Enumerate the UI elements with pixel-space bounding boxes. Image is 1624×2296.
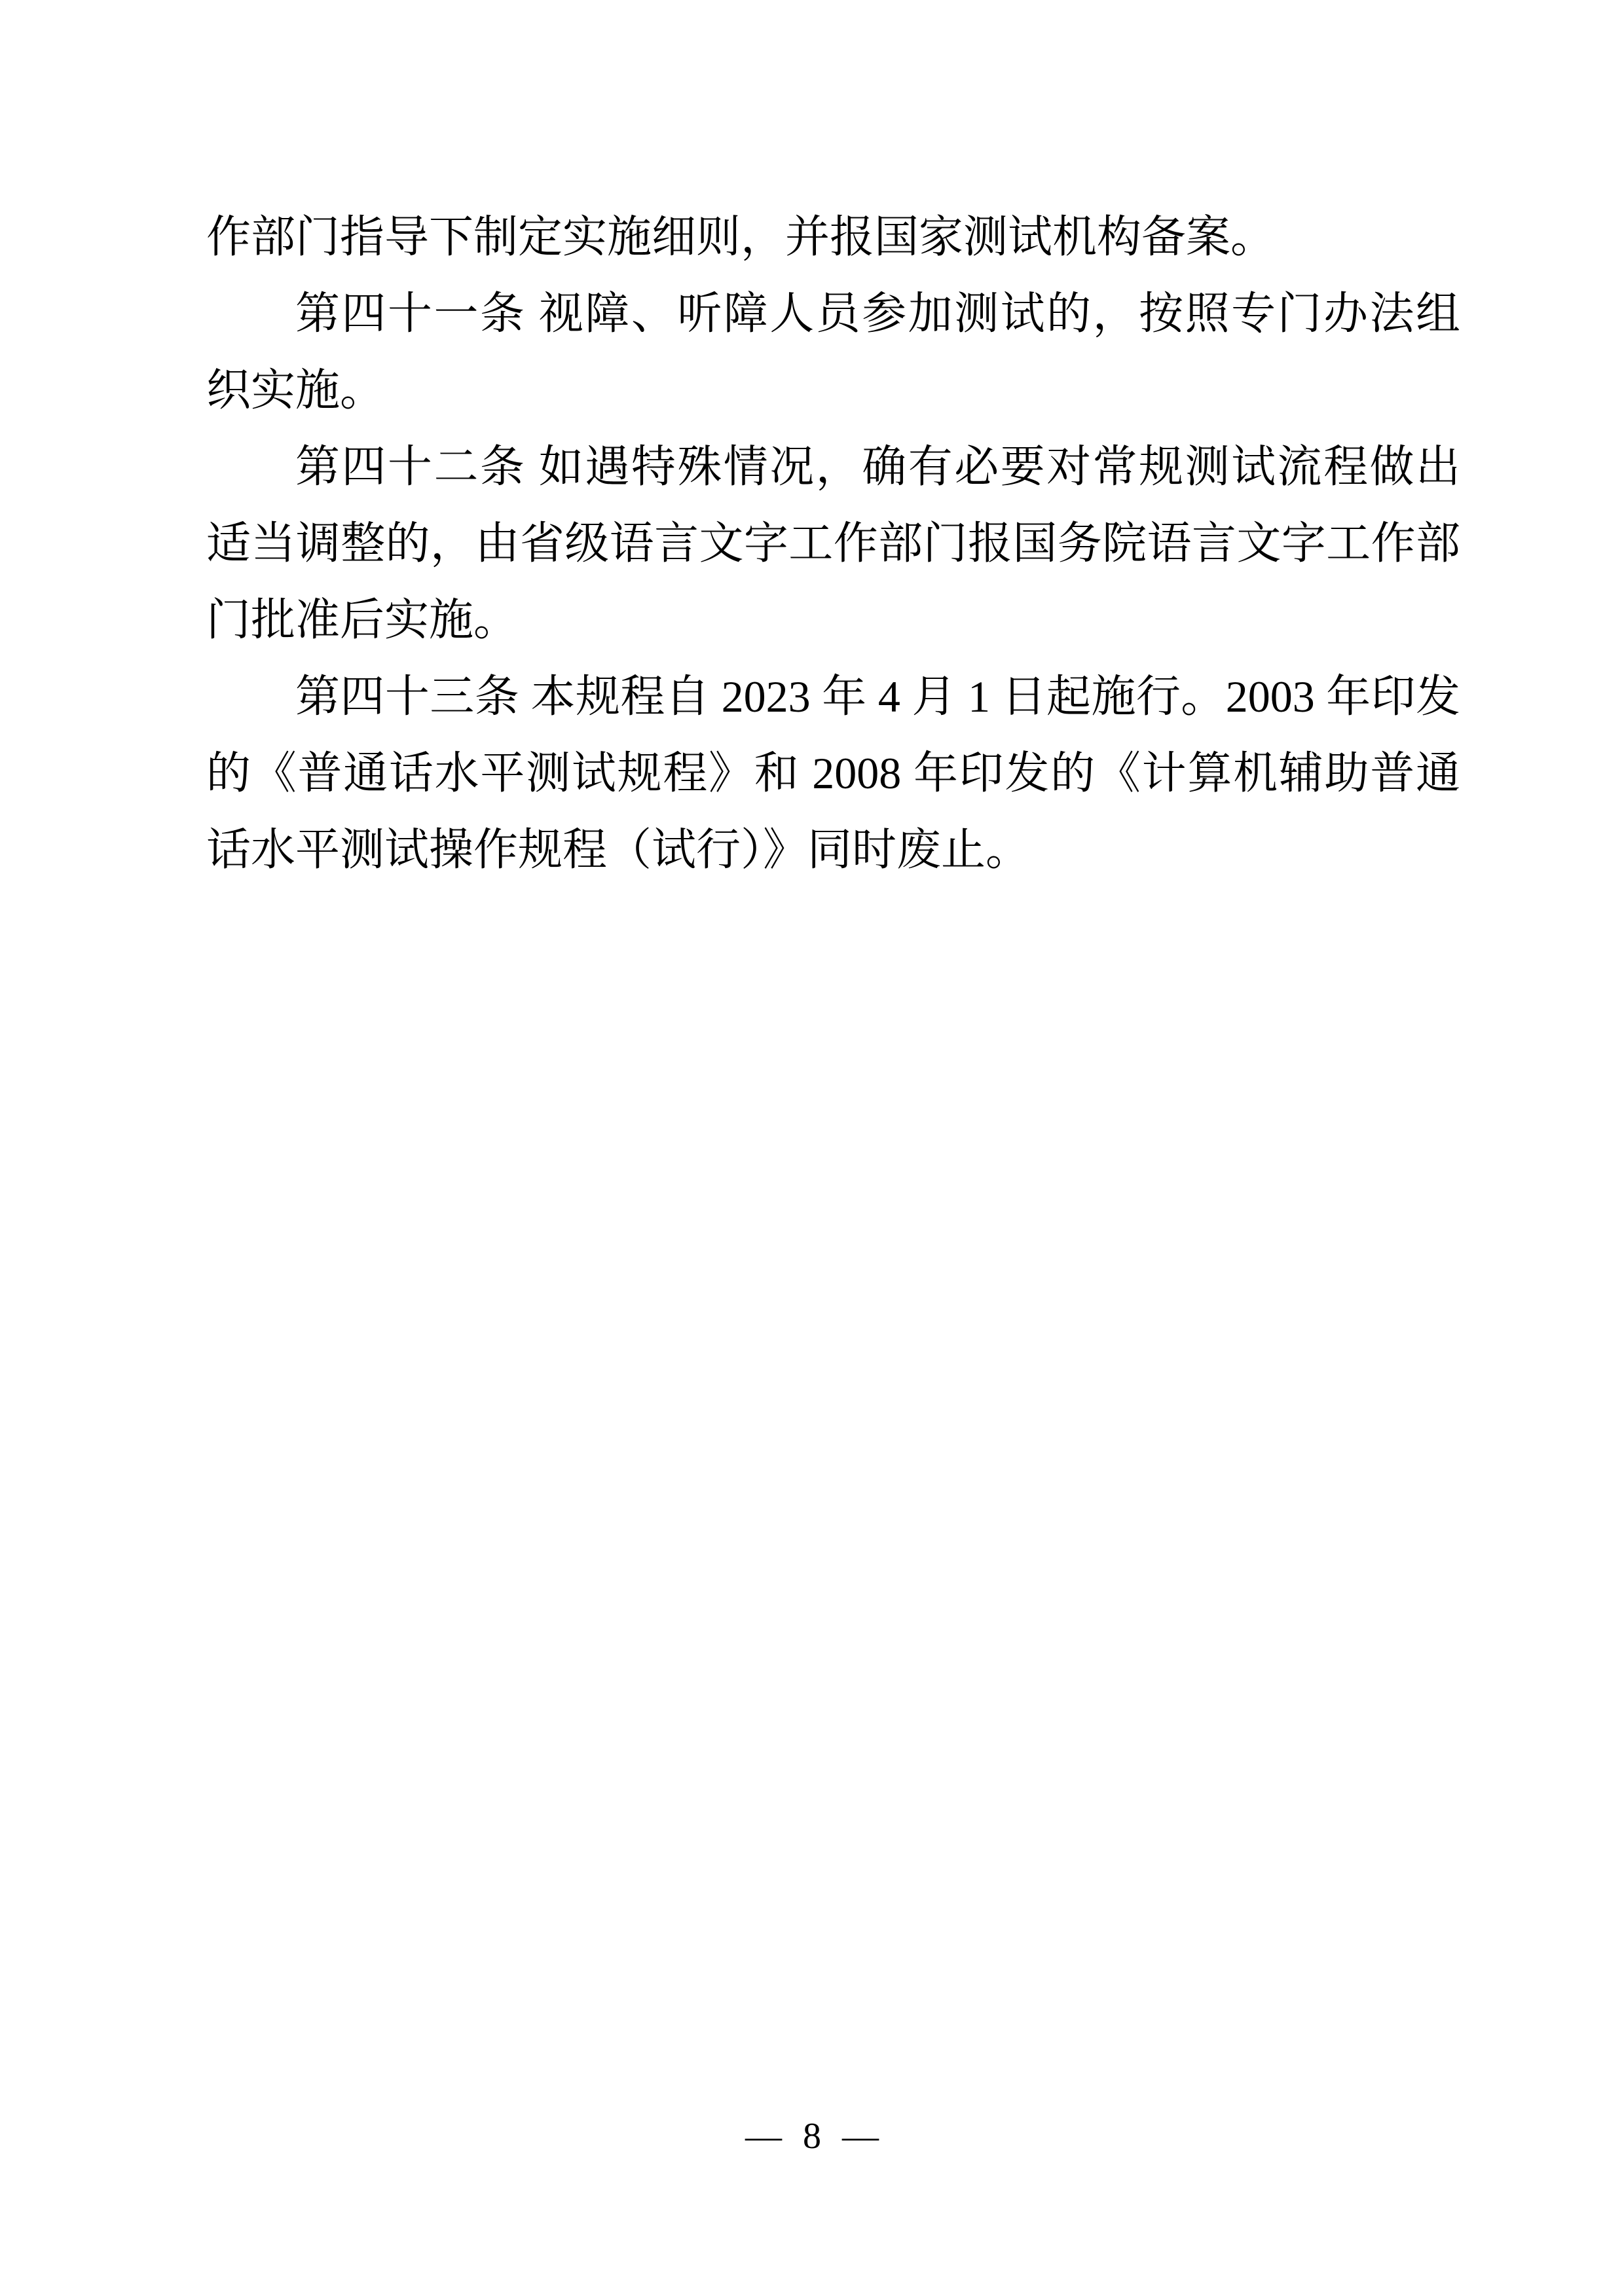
page-footer: — 8 — bbox=[0, 2116, 1624, 2157]
text-line: 织实施。 bbox=[206, 352, 1460, 429]
text-line: 第四十三条 本规程自 2023 年 4 月 1 日起施行。2003 年印发 bbox=[206, 659, 1460, 735]
text-line: 的《普通话水平测试规程》和 2008 年印发的《计算机辅助普通 bbox=[206, 735, 1460, 812]
text-line: 话水平测试操作规程（试行）》同时废止。 bbox=[206, 812, 1460, 888]
text-line: 第四十一条 视障、听障人员参加测试的，按照专门办法组 bbox=[206, 276, 1460, 352]
text-line: 第四十二条 如遇特殊情况，确有必要对常规测试流程做出 bbox=[206, 429, 1460, 505]
text-line: 适当调整的，由省级语言文字工作部门报国务院语言文字工作部 bbox=[206, 505, 1460, 582]
text-line: 门批准后实施。 bbox=[206, 582, 1460, 659]
text-line: 作部门指导下制定实施细则，并报国家测试机构备案。 bbox=[206, 199, 1460, 276]
page-number: — 8 — bbox=[745, 2116, 879, 2157]
document-body: 作部门指导下制定实施细则，并报国家测试机构备案。第四十一条 视障、听障人员参加测… bbox=[206, 199, 1460, 888]
document-page: 作部门指导下制定实施细则，并报国家测试机构备案。第四十一条 视障、听障人员参加测… bbox=[0, 0, 1624, 2296]
